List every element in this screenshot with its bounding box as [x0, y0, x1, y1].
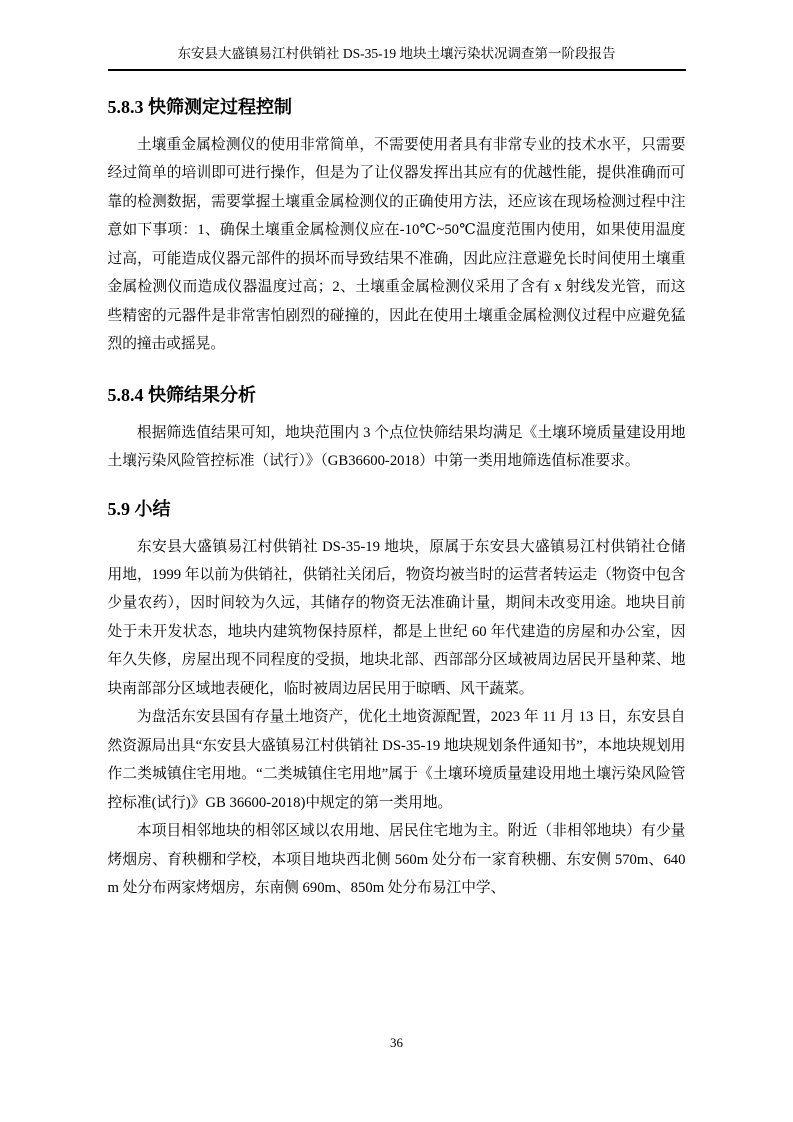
header-title: 东安县大盛镇易江村供销社 DS-35-19 地块土壤污染状况调查第一阶段报告	[108, 45, 686, 63]
page-header: 东安县大盛镇易江村供销社 DS-35-19 地块土壤污染状况调查第一阶段报告	[108, 0, 686, 71]
header-rule	[108, 69, 686, 71]
document-body: 5.8.3 快筛测定过程控制 土壤重金属检测仪的使用非常简单，不需要使用者具有非…	[108, 94, 686, 902]
document-page: 东安县大盛镇易江村供销社 DS-35-19 地块土壤污染状况调查第一阶段报告 5…	[0, 0, 793, 1122]
section-5-8-3-paragraph: 土壤重金属检测仪的使用非常简单，不需要使用者具有非常专业的技术水平，只需要经过简…	[108, 131, 686, 359]
section-5-8-4-paragraph: 根据筛选值结果可知，地块范围内 3 个点位快筛结果均满足《土壤环境质量建设用地土…	[108, 419, 686, 476]
section-heading-5-8-3: 5.8.3 快筛测定过程控制	[108, 94, 686, 120]
page-number: 36	[390, 1035, 403, 1050]
section-5-9-paragraph-2: 为盘活东安县国有存量土地资产，优化土地资源配置，2023 年 11 月 13 日…	[108, 703, 686, 817]
section-heading-5-9: 5.9 小结	[108, 496, 686, 522]
section-5-9-paragraph-1: 东安县大盛镇易江村供销社 DS-35-19 地块，原属于东安县大盛镇易江村供销社…	[108, 533, 686, 704]
section-5-9-paragraph-3: 本项目相邻地块的相邻区域以农用地、居民住宅地为主。附近（非相邻地块）有少量烤烟房…	[108, 817, 686, 902]
page-footer: 36	[0, 1034, 793, 1052]
section-heading-5-8-4: 5.8.4 快筛结果分析	[108, 382, 686, 408]
